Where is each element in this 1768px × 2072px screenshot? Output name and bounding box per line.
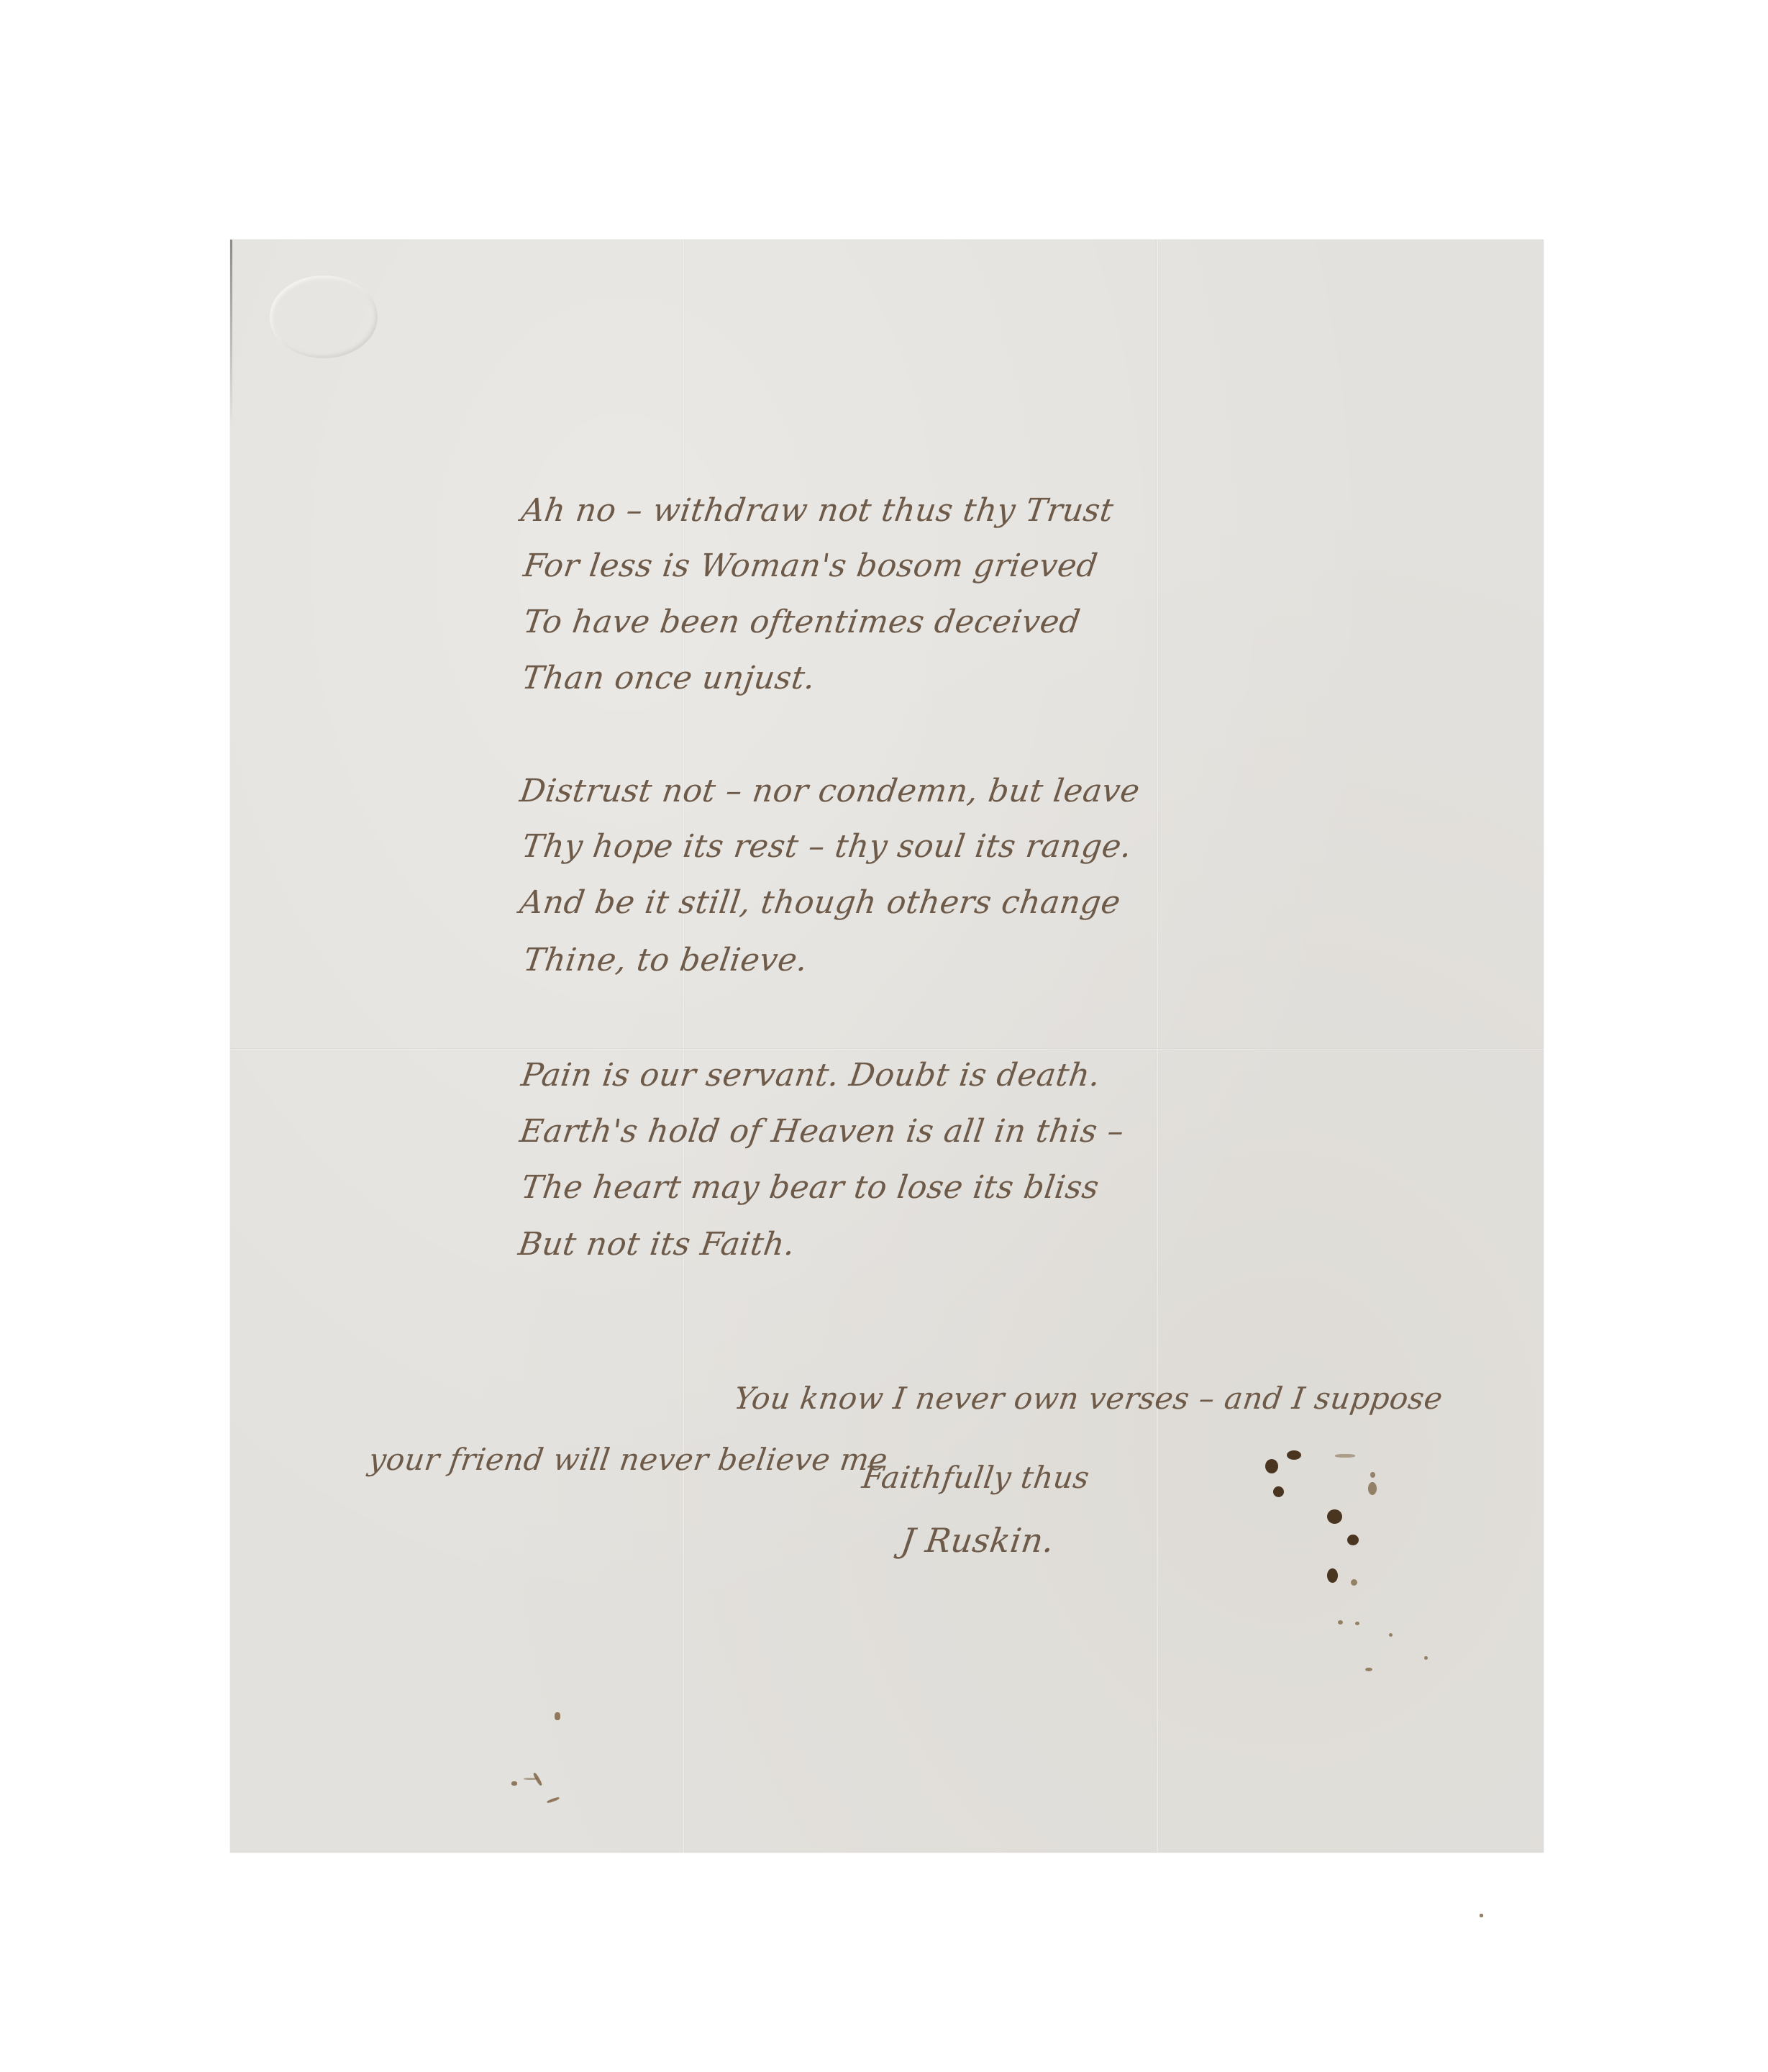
fold-line-vertical-left [682,240,685,1853]
fold-line-vertical-right [1156,240,1159,1853]
letter-paper: Ah no – withdraw not thus thy Trust For … [230,240,1544,1853]
postscript-line-2: your friend will never believe me [367,1445,890,1475]
poem-line: But not its Faith. [516,1229,797,1260]
closing: Faithfully thus [860,1463,1091,1493]
poem-line: Thine, to believe. [521,945,810,976]
signature: J Ruskin. [899,1524,1057,1557]
poem-line: For less is Woman's bosom grieved [521,550,1100,582]
postscript-line-1: You know I never own verses – and I supp… [732,1383,1444,1414]
poem-line: Than once unjust. [520,663,817,694]
poem-line: To have been oftentimes deceived [521,606,1083,638]
fold-line-horizontal [230,1048,1544,1050]
poem-line: Pain is our servant. Doubt is death. [519,1060,1103,1091]
paper-edge-shadow [230,240,232,427]
poem-line: And be it still, though others change [518,887,1123,919]
poem-line: Distrust not – nor condemn, but leave [518,776,1142,807]
poem-line: The heart may bear to lose its bliss [519,1172,1101,1204]
poem-line: Ah no – withdraw not thus thy Trust [519,495,1116,527]
poem-line: Thy hope its rest – thy soul its range. [520,831,1134,863]
embossed-stamp [270,276,378,358]
poem-line: Earth's hold of Heaven is all in this – [518,1116,1126,1148]
